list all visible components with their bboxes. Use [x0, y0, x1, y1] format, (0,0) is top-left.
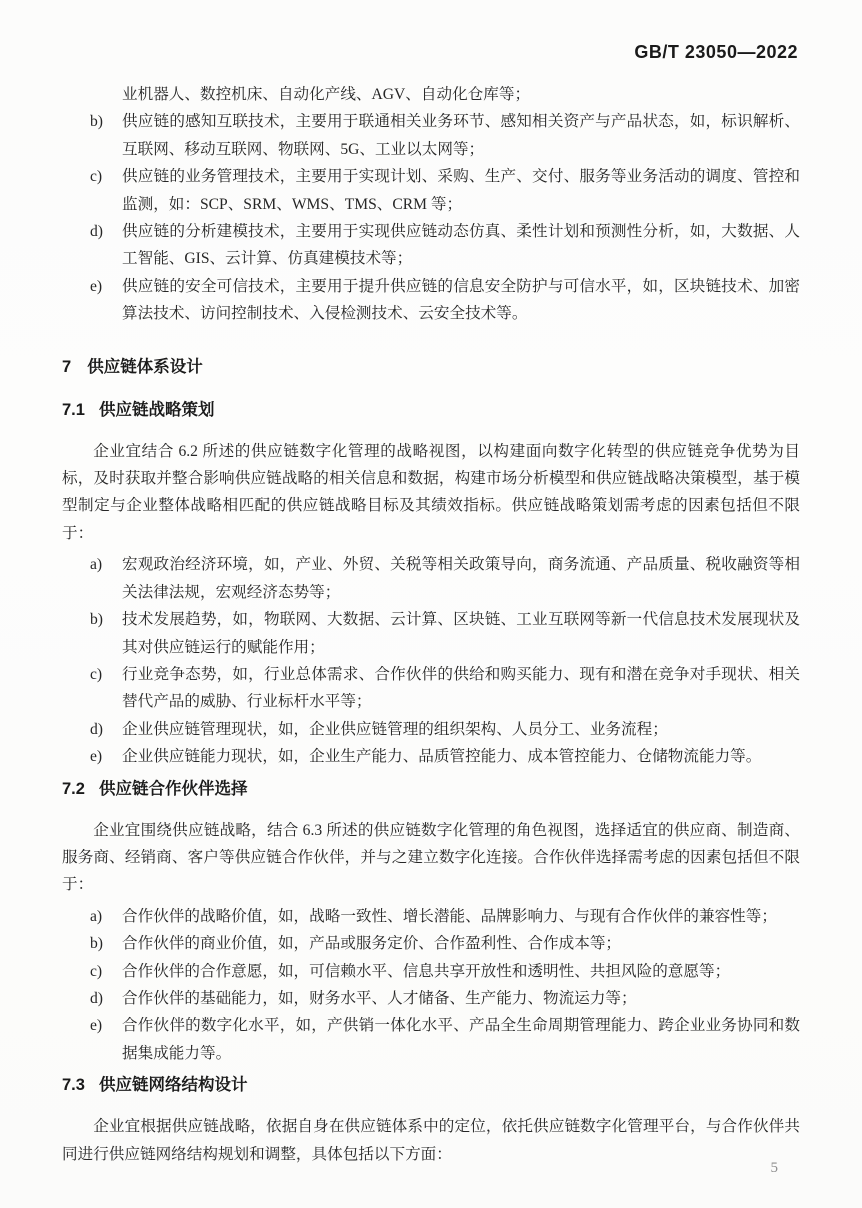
section-heading-7-3: 7.3供应链网络结构设计 [62, 1072, 800, 1098]
chapter-number: 7 [62, 358, 71, 376]
list-item: d) 供应链的分析建模技术，主要用于实现供应链动态仿真、柔性计划和预测性分析，如… [90, 218, 800, 273]
list-item: c) 行业竞争态势，如，行业总体需求、合作伙伴的供给和购买能力、现有和潜在竞争对… [90, 661, 800, 716]
page-content: 业机器人、数控机床、自动化产线、AGV、自动化仓库等； b) 供应链的感知互联技… [62, 0, 800, 1172]
section-7-1-list: a) 宏观政治经济环境，如，产业、外贸、关税等相关政策导向，商务流通、产品质量、… [90, 551, 800, 770]
list-item-text: 技术发展趋势，如，物联网、大数据、云计算、区块链、工业互联网等新一代信息技术发展… [122, 606, 800, 661]
section-number: 7.1 [62, 401, 85, 419]
section-number: 7.3 [62, 1076, 85, 1094]
section-title: 供应链战略策划 [99, 401, 215, 419]
document-page: GB/T 23050—2022 业机器人、数控机床、自动化产线、AGV、自动化仓… [0, 0, 862, 1208]
list-item-text: 企业供应链管理现状，如，企业供应链管理的组织架构、人员分工、业务流程； [122, 716, 800, 743]
list-item: b) 合作伙伴的商业价值，如，产品或服务定价、合作盈利性、合作成本等； [90, 930, 800, 957]
section-title: 供应链网络结构设计 [99, 1076, 248, 1094]
list-item-marker: b) [90, 108, 122, 163]
list-item-marker: b) [90, 930, 122, 957]
list-item: a) 合作伙伴的战略价值，如，战略一致性、增长潜能、品牌影响力、与现有合作伙伴的… [90, 903, 800, 930]
list-item-marker: c) [90, 958, 122, 985]
list-item: a) 宏观政治经济环境，如，产业、外贸、关税等相关政策导向，商务流通、产品质量、… [90, 551, 800, 606]
list-item-marker: a) [90, 551, 122, 606]
section-7-2-list: a) 合作伙伴的战略价值，如，战略一致性、增长潜能、品牌影响力、与现有合作伙伴的… [90, 903, 800, 1067]
section-heading-7-1: 7.1供应链战略策划 [62, 397, 800, 423]
list-item-text: 合作伙伴的合作意愿，如，可信赖水平、信息共享开放性和透明性、共担风险的意愿等； [122, 958, 800, 985]
list-item-text: 企业供应链能力现状，如，企业生产能力、品质管控能力、成本管控能力、仓储物流能力等… [122, 743, 800, 770]
section-heading-7-2: 7.2供应链合作伙伴选择 [62, 776, 800, 802]
list-item-marker: c) [90, 163, 122, 218]
list-item-text: 供应链的业务管理技术，主要用于实现计划、采购、生产、交付、服务等业务活动的调度、… [122, 163, 800, 218]
list-item: c) 合作伙伴的合作意愿，如，可信赖水平、信息共享开放性和透明性、共担风险的意愿… [90, 958, 800, 985]
list-item-text: 行业竞争态势，如，行业总体需求、合作伙伴的供给和购买能力、现有和潜在竞争对手现状… [122, 661, 800, 716]
technology-list: b) 供应链的感知互联技术，主要用于联通相关业务环节、感知相关资产与产品状态，如… [90, 108, 800, 327]
section-paragraph: 企业宜根据供应链战略，依据自身在供应链体系中的定位，依托供应链数字化管理平台，与… [62, 1113, 800, 1168]
section-title: 供应链合作伙伴选择 [99, 780, 248, 798]
list-item: c) 供应链的业务管理技术，主要用于实现计划、采购、生产、交付、服务等业务活动的… [90, 163, 800, 218]
list-item-text: 宏观政治经济环境，如，产业、外贸、关税等相关政策导向，商务流通、产品质量、税收融… [122, 551, 800, 606]
list-item-marker: c) [90, 661, 122, 716]
section-number: 7.2 [62, 780, 85, 798]
list-item: b) 供应链的感知互联技术，主要用于联通相关业务环节、感知相关资产与产品状态，如… [90, 108, 800, 163]
list-item-text: 供应链的安全可信技术，主要用于提升供应链的信息安全防护与可信水平，如，区块链技术… [122, 273, 800, 328]
list-item: e) 企业供应链能力现状，如，企业生产能力、品质管控能力、成本管控能力、仓储物流… [90, 743, 800, 770]
list-item-marker: b) [90, 606, 122, 661]
section-paragraph: 企业宜结合 6.2 所述的供应链数字化管理的战略视图，以构建面向数字化转型的供应… [62, 438, 800, 548]
list-item-text: 供应链的分析建模技术，主要用于实现供应链动态仿真、柔性计划和预测性分析，如，大数… [122, 218, 800, 273]
list-item: d) 合作伙伴的基础能力，如，财务水平、人才储备、生产能力、物流运力等； [90, 985, 800, 1012]
list-item-marker: d) [90, 218, 122, 273]
list-item-text: 供应链的感知互联技术，主要用于联通相关业务环节、感知相关资产与产品状态，如，标识… [122, 108, 800, 163]
list-item-marker: e) [90, 273, 122, 328]
list-item-marker: a) [90, 903, 122, 930]
chapter-title: 供应链体系设计 [87, 358, 203, 376]
list-item-marker: e) [90, 743, 122, 770]
page-number: 5 [771, 1160, 779, 1177]
list-item-text: 合作伙伴的基础能力，如，财务水平、人才储备、生产能力、物流运力等； [122, 985, 800, 1012]
chapter-heading: 7供应链体系设计 [62, 354, 800, 380]
list-item: d) 企业供应链管理现状，如，企业供应链管理的组织架构、人员分工、业务流程； [90, 716, 800, 743]
list-item-text: 合作伙伴的战略价值，如，战略一致性、增长潜能、品牌影响力、与现有合作伙伴的兼容性… [122, 903, 800, 930]
section-paragraph: 企业宜围绕供应链战略，结合 6.3 所述的供应链数字化管理的角色视图，选择适宜的… [62, 817, 800, 899]
list-item: e) 合作伙伴的数字化水平，如，产供销一体化水平、产品全生命周期管理能力、跨企业… [90, 1012, 800, 1067]
list-item: b) 技术发展趋势，如，物联网、大数据、云计算、区块链、工业互联网等新一代信息技… [90, 606, 800, 661]
list-item-marker: d) [90, 716, 122, 743]
continuation-line: 业机器人、数控机床、自动化产线、AGV、自动化仓库等； [122, 81, 800, 108]
list-item: e) 供应链的安全可信技术，主要用于提升供应链的信息安全防护与可信水平，如，区块… [90, 273, 800, 328]
list-item-text: 合作伙伴的数字化水平，如，产供销一体化水平、产品全生命周期管理能力、跨企业业务协… [122, 1012, 800, 1067]
list-item-marker: e) [90, 1012, 122, 1067]
list-item-marker: d) [90, 985, 122, 1012]
list-item-text: 合作伙伴的商业价值，如，产品或服务定价、合作盈利性、合作成本等； [122, 930, 800, 957]
